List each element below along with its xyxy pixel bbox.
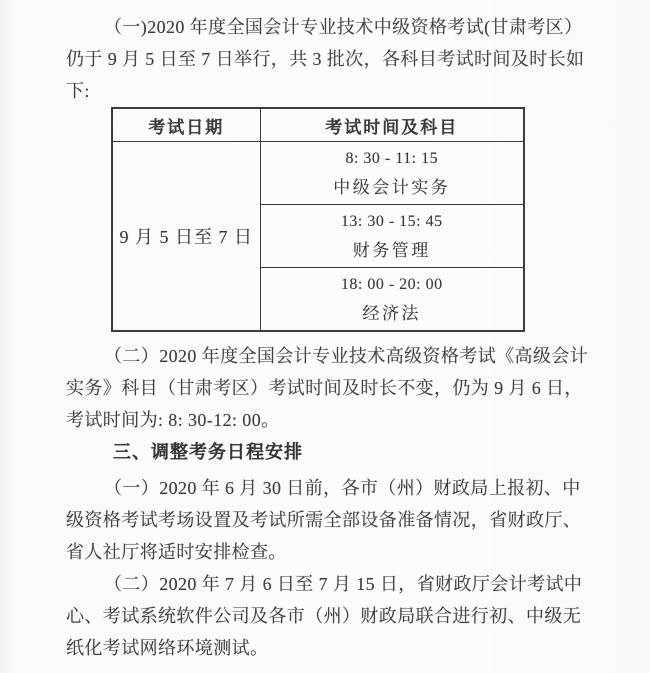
paragraph-line: 下:: [66, 75, 594, 107]
paragraph-line: （二）2020 年度全国会计专业技术高级资格考试《高级会计: [66, 340, 594, 372]
paragraph-line: （一)2020 年度全国会计专业技术中级资格考试(甘肃考区）: [66, 11, 594, 43]
col-header-exam-time-subject: 考试时间及科目: [260, 108, 524, 142]
paragraph-line: 仍于 9 月 5 日至 7 日举行，共 3 批次，各科目考试时间及时长如: [66, 43, 594, 75]
session-cell-3: 18: 00 - 20: 00 经济法: [260, 268, 524, 332]
exam-schedule-table: 考试日期 考试时间及科目 9 月 5 日至 7 日 8: 30 - 11: 15…: [111, 107, 525, 332]
session-subject: 财务管理: [261, 236, 524, 265]
paragraph-item-2: （二）2020 年 7 月 6 日至 7 月 15 日，省财政厅会计考试中 心、…: [66, 568, 594, 664]
table-row-session-1: 9 月 5 日至 7 日 8: 30 - 11: 15 中级会计实务: [112, 142, 524, 205]
session-cell-2: 13: 30 - 15: 45 财务管理: [260, 205, 524, 268]
paragraph-line: 心、考试系统软件公司及各市（州）财政局联合进行初、中级无: [66, 600, 594, 632]
session-cell-1: 8: 30 - 11: 15 中级会计实务: [260, 142, 524, 205]
exam-date-cell: 9 月 5 日至 7 日: [112, 142, 260, 332]
paragraph-senior-exam: （二）2020 年度全国会计专业技术高级资格考试《高级会计 实务》科目（甘肃考区…: [66, 340, 594, 436]
col-header-exam-date: 考试日期: [112, 108, 260, 142]
paragraph-line: （一）2020 年 6 月 30 日前，各市（州）财政局上报初、中: [66, 472, 594, 504]
paragraph-line: 纸化考试网络环境测试。: [66, 632, 594, 664]
session-time: 18: 00 - 20: 00: [261, 270, 524, 299]
paragraph-line: 考试时间为: 8: 30-12: 00。: [66, 404, 594, 436]
paragraph-item-1: （一）2020 年 6 月 30 日前，各市（州）财政局上报初、中 级资格考试考…: [66, 472, 594, 568]
session-time: 8: 30 - 11: 15: [261, 144, 524, 173]
session-subject: 经济法: [261, 299, 524, 328]
paragraph-mid-exam: （一)2020 年度全国会计专业技术中级资格考试(甘肃考区） 仍于 9 月 5 …: [66, 11, 594, 107]
session-time: 13: 30 - 15: 45: [261, 207, 524, 236]
paragraph-line: 省人社厅将适时安排检查。: [66, 536, 594, 568]
document-page: （一)2020 年度全国会计专业技术中级资格考试(甘肃考区） 仍于 9 月 5 …: [0, 0, 650, 673]
paragraph-line: 级资格考试考场设置及考试所需全部设备准备情况，省财政厅、: [66, 504, 594, 536]
table-header-row: 考试日期 考试时间及科目: [112, 108, 524, 142]
session-subject: 中级会计实务: [261, 173, 524, 202]
paragraph-line: 实务》科目（甘肃考区）考试时间及时长不变，仍为 9 月 6 日，: [66, 372, 594, 404]
section-heading-adjust-schedule: 三、调整考务日程安排: [66, 436, 594, 468]
paragraph-line: （二）2020 年 7 月 6 日至 7 月 15 日，省财政厅会计考试中: [66, 568, 594, 600]
